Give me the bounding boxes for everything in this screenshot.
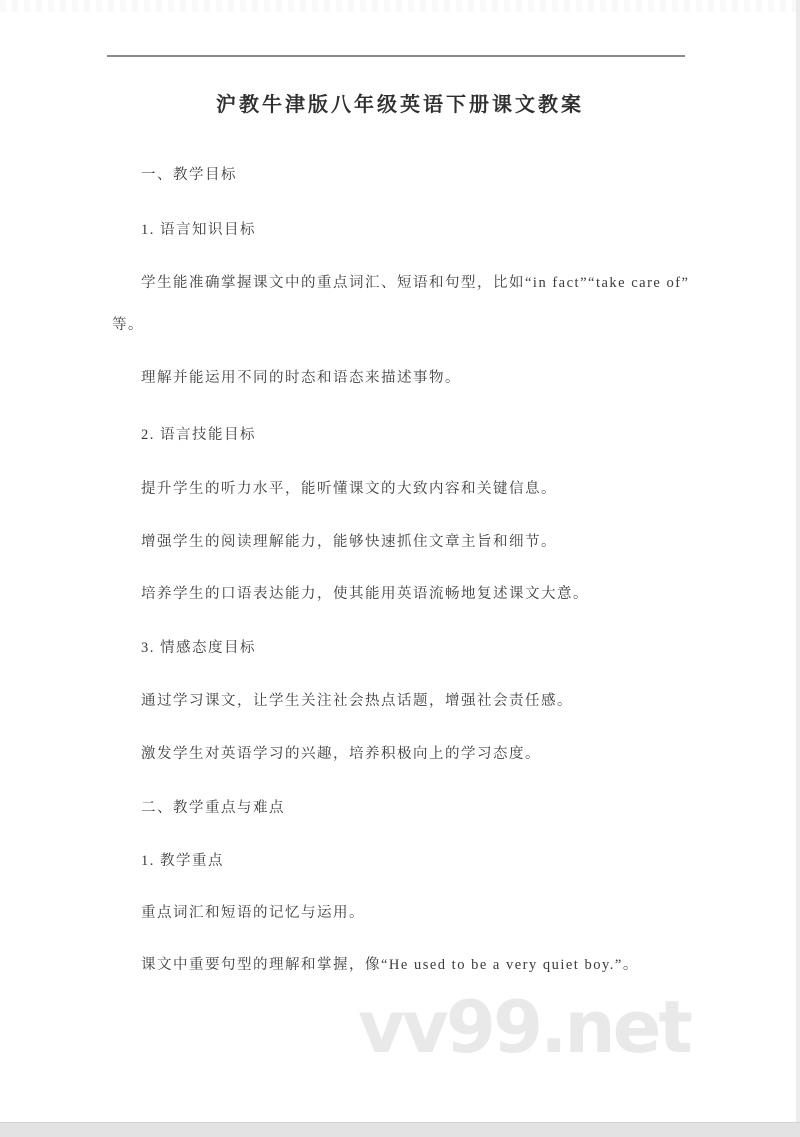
doc-line: 培养学生的口语表达能力，使其能用英语流畅地复述课文大意。 (141, 584, 741, 604)
document-page: 沪教牛津版八年级英语下册课文教案 一、教学目标 1. 语言知识目标 学生能准确掌… (0, 0, 800, 1137)
page-right-edge (796, 0, 800, 1137)
doc-line: 学生能准确掌握课文中的重点词汇、短语和句型，比如“in fact”“take c… (141, 273, 741, 293)
doc-line: 重点词汇和短语的记忆与运用。 (141, 903, 741, 923)
title-divider (107, 55, 685, 57)
scan-texture (0, 0, 800, 12)
doc-line: 提升学生的听力水平，能听懂课文的大致内容和关键信息。 (141, 479, 741, 499)
doc-line-subsection-1-3: 3. 情感态度目标 (141, 638, 741, 658)
doc-line: 增强学生的阅读理解能力，能够快速抓住文章主旨和细节。 (141, 532, 741, 552)
doc-line: 激发学生对英语学习的兴趣，培养积极向上的学习态度。 (141, 744, 741, 764)
doc-line-section-2: 二、教学重点与难点 (141, 798, 741, 818)
watermark: vv99.net (358, 982, 690, 1072)
doc-line: 理解并能运用不同的时态和语态来描述事物。 (141, 368, 741, 388)
doc-line: 等。 (112, 315, 712, 335)
doc-line-subsection-1-2: 2. 语言技能目标 (141, 425, 741, 445)
doc-line-section-1: 一、教学目标 (141, 165, 741, 185)
document-title: 沪教牛津版八年级英语下册课文教案 (0, 92, 800, 118)
doc-line: 通过学习课文，让学生关注社会热点话题，增强社会责任感。 (141, 691, 741, 711)
doc-line: 课文中重要句型的理解和掌握，像“He used to be a very qui… (141, 955, 741, 975)
page-bottom-edge (0, 1122, 800, 1137)
doc-line-subsection-2-1: 1. 教学重点 (141, 851, 741, 871)
doc-line-subsection-1-1: 1. 语言知识目标 (141, 220, 741, 240)
